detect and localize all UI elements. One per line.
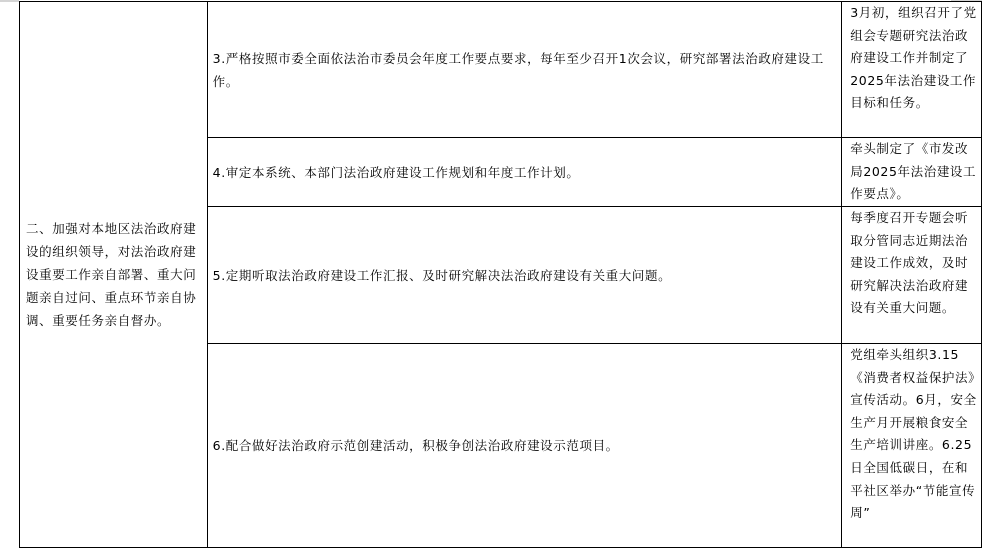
result-text: 党组牵头组织3.15《消费者权益保护法》宣传活动。6月，安全生产月开展粮食安全生… bbox=[850, 344, 978, 547]
top-edge-strip-left bbox=[0, 0, 19, 2]
table-row: 二、加强对本地区法治政府建设的组织领导，对法治政府建设重要工作亲自部署、重大问题… bbox=[20, 2, 982, 138]
item-cell: 6.配合做好法治政府示范创建活动，积极争创法治政府建设示范项目。 bbox=[207, 344, 842, 548]
section-task-text: 二、加强对本地区法治政府建设的组织领导，对法治政府建设重要工作亲自部署、重大问题… bbox=[26, 221, 196, 328]
result-text: 牵头制定了《市发改局2025年法治建设工作要点》。 bbox=[850, 138, 978, 206]
result-text: 每季度召开专题会听取分管同志近期法治建设工作成效，及时研究解决法治政府建设有关重… bbox=[850, 207, 978, 320]
item-cell: 5.定期听取法治政府建设工作汇报、及时研究解决法治政府建设有关重大问题。 bbox=[207, 207, 842, 344]
item-cell: 3.严格按照市委全面依法治市委员会年度工作要点要求，每年至少召开1次会议，研究部… bbox=[207, 2, 842, 138]
item-text: 6.配合做好法治政府示范创建活动，积极争创法治政府建设示范项目。 bbox=[213, 438, 619, 453]
result-cell: 3月初，组织召开了党组会专题研究法治政府建设工作并制定了2025年法治建设工作目… bbox=[842, 2, 982, 138]
result-cell: 每季度召开专题会听取分管同志近期法治建设工作成效，及时研究解决法治政府建设有关重… bbox=[842, 207, 982, 344]
section-task-cell: 二、加强对本地区法治政府建设的组织领导，对法治政府建设重要工作亲自部署、重大问题… bbox=[20, 2, 208, 548]
item-text: 5.定期听取法治政府建设工作汇报、及时研究解决法治政府建设有关重大问题。 bbox=[213, 268, 672, 283]
result-cell: 牵头制定了《市发改局2025年法治建设工作要点》。 bbox=[842, 138, 982, 207]
result-cell: 党组牵头组织3.15《消费者权益保护法》宣传活动。6月，安全生产月开展粮食安全生… bbox=[842, 344, 982, 548]
item-text: 3.严格按照市委全面依法治市委员会年度工作要点要求，每年至少召开1次会议，研究部… bbox=[213, 51, 824, 89]
item-text: 4.审定本系统、本部门法治政府建设工作规划和年度工作计划。 bbox=[213, 165, 580, 180]
rule-of-law-work-table: 二、加强对本地区法治政府建设的组织领导，对法治政府建设重要工作亲自部署、重大问题… bbox=[19, 1, 982, 548]
result-text: 3月初，组织召开了党组会专题研究法治政府建设工作并制定了2025年法治建设工作目… bbox=[850, 2, 978, 115]
item-cell: 4.审定本系统、本部门法治政府建设工作规划和年度工作计划。 bbox=[207, 138, 842, 207]
